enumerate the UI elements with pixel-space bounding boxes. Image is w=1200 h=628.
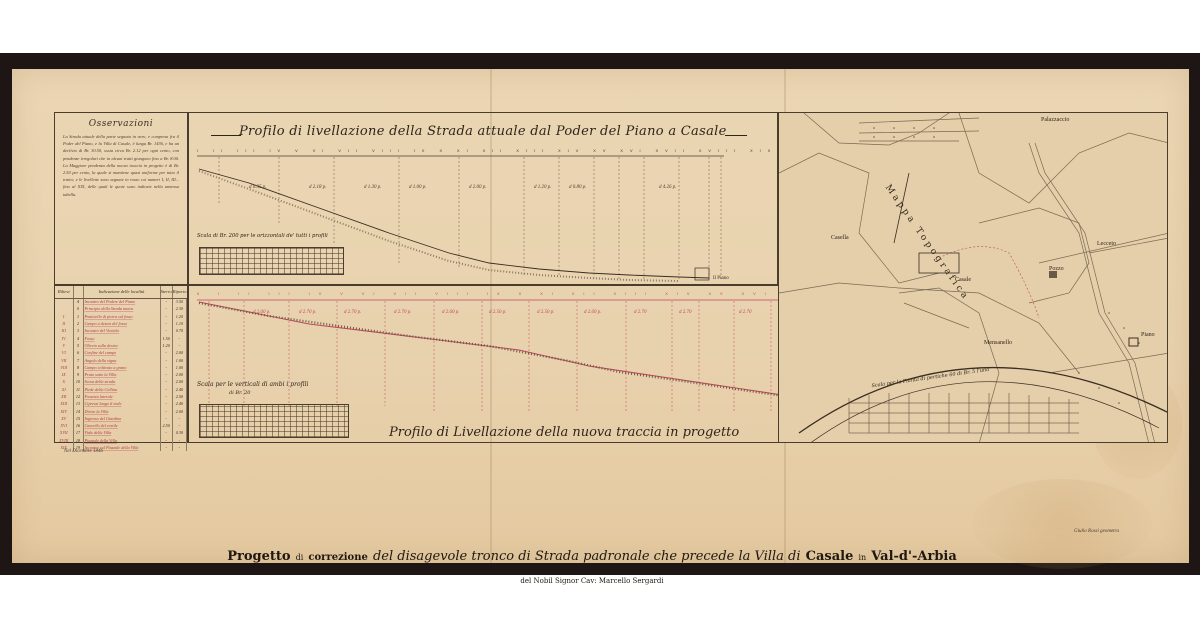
table-cell: Fosso [83,334,160,341]
table-row: III3Incontro del Viottolo-0.70 [55,327,187,334]
svg-text:d 2.70 p.: d 2.70 p. [344,310,362,315]
table-cell: 2.00 [172,349,186,356]
place-label: Piano [1141,332,1155,338]
place-label: Pozzo [1049,266,1064,272]
table-cell: 17 [73,429,83,436]
table-cell: Principio della Strada nuova [83,305,160,312]
table-row: 0Principio della Strada nuova-2.30 [55,305,187,312]
table-cell: - [160,437,172,444]
svg-text:d 2.60 p.: d 2.60 p. [253,310,271,315]
svg-text:d 2.18 p.: d 2.18 p. [309,185,327,190]
table-cell: VIII [55,364,73,371]
table-cell: Angolo della vigna [83,356,160,363]
table-cell: 7 [73,356,83,363]
svg-text:d 2.50 p.: d 2.50 p. [489,310,507,315]
vertical-scale-label: Scala per le verticali di ambi i profili [197,381,308,388]
svg-text:d 2.70: d 2.70 [739,310,752,315]
table-cell: Dietro la Villa [83,407,160,414]
table-row: IX9Prato sotto la Villa-2.00 [55,371,187,378]
col-header: Rilievi [55,286,73,298]
table-row: V5Oliveto sulla destra1.20- [55,342,187,349]
svg-text:d 4.26 p.: d 4.26 p. [659,185,677,190]
table-row: XII12Fossetta laterale-2.50 [55,393,187,400]
table-row: II2Campo a destra del fosso-1.10 [55,320,187,327]
table-cell: 9 [73,371,83,378]
table-cell: - [160,356,172,363]
table-cell: 11 [73,386,83,393]
table-cell: 1.00 [172,356,186,363]
table-cell: - [160,386,172,393]
age-stain [972,479,1152,569]
svg-text:d 2.70 p.: d 2.70 p. [394,310,412,315]
place-label: Casella [831,235,849,241]
table-row: VI6Confine del campo-2.00 [55,349,187,356]
horizontal-scale-label: Scala di Br. 200 per le orizzontali de' … [197,233,328,239]
table-cell: - [172,334,186,341]
svg-text:d 2.70: d 2.70 [634,310,647,315]
table-cell: - [172,422,186,429]
observations-panel: Osservazioni La Strada attuale della par… [54,112,188,285]
table-cell: 1.20 [160,342,172,349]
table-cell: 8 [73,364,83,371]
table-cell: 16 [73,422,83,429]
table-row: IV4Fosso1.50- [55,334,187,341]
table-cell: 0 [73,305,83,312]
new-profile-title: Profilo di Livellazione della nuova trac… [389,425,739,440]
table-cell: A [73,298,83,305]
table-cell: Incontro del Podere del Piano [83,298,160,305]
table-cell: 18 [73,437,83,444]
table-cell: 15 [73,415,83,422]
document-main-title: Progetto di correzione del disagevole tr… [197,545,987,564]
svg-text:d 2.00 p.: d 2.00 p. [469,185,487,190]
table-cell: - [160,298,172,305]
table-cell: - [172,342,186,349]
svg-text:d 2.60 p.: d 2.60 p. [442,310,460,315]
table-row: AIncontro del Podere del Piano-3.50 [55,298,187,305]
table-cell: 2.30 [172,305,186,312]
table-cell: 10 [73,378,83,385]
table-row: XIII13Cipressi lungo il viale-2.40 [55,400,187,407]
table-cell: 2.00 [172,371,186,378]
table-cell: X [55,378,73,385]
svg-text:d 2.70 p.: d 2.70 p. [299,310,317,315]
table-cell: 14 [73,407,83,414]
table-cell: - [160,313,172,320]
table-cell: Incontro del Viottolo [83,327,160,334]
table-cell: 3.50 [172,298,186,305]
table-cell: 1.10 [172,320,186,327]
table-cell: Viale della Villa [83,429,160,436]
table-cell: Oliveto sulla destra [83,342,160,349]
table-cell: Piede della Collina [83,386,160,393]
table-cell: 12 [73,393,83,400]
levels-table-panel: Rilievi Indicazione delle località Sterr… [54,285,188,443]
table-cell: Scesa della strada [83,378,160,385]
svg-text:d 2.50 p.: d 2.50 p. [537,310,555,315]
table-cell: - [172,437,186,444]
svg-text:Il Piano: Il Piano [713,276,729,281]
place-label: Lecceto [1097,241,1116,247]
table-cell: Piazzale della Villa [83,437,160,444]
col-header: Indicazione delle località [83,286,160,298]
svg-text:d 0.35 p.: d 0.35 p. [249,185,267,190]
table-cell: II [55,320,73,327]
table-row: XVIII18Piazzale della Villa-- [55,437,187,444]
svg-text:d 0.80 p.: d 0.80 p. [569,185,587,190]
observations-title: Osservazioni [63,119,179,129]
table-row: VII7Angolo della vigna-1.00 [55,356,187,363]
table-cell: Fossetta laterale [83,393,160,400]
table-cell [55,298,73,305]
table-cell: 2.40 [172,400,186,407]
document-subtitle: del Nobil Signor Cav: Marcello Sergardi [197,577,987,585]
table-cell: 0.70 [172,327,186,334]
surveyor-signature: Giulio Rossi geometra [1074,529,1119,534]
table-cell: XIV [55,407,73,414]
svg-text:d 1.30 p.: d 1.30 p. [364,185,382,190]
col-header: Riporto [172,286,186,298]
table-cell: - [160,305,172,312]
svg-text:d 1.00 p.: d 1.00 p. [409,185,427,190]
table-row: XVII17Viale della Villa-0.30 [55,429,187,436]
table-cell: - [160,349,172,356]
table-cell: IV [55,334,73,341]
current-profile-ticks: I II III IV V VI VII VIII IX X XI XII XI… [197,149,777,153]
levels-table: Rilievi Indicazione delle località Sterr… [55,286,187,451]
table-cell [55,305,73,312]
table-cell: - [172,415,186,422]
table-cell: - [160,393,172,400]
table-cell: 3 [73,327,83,334]
horizontal-scale-bar [199,247,344,275]
table-row: XV15Ingresso del Giardino-- [55,415,187,422]
table-cell: VI [55,349,73,356]
table-cell: XI [55,386,73,393]
date-note: Nel Dicembre 1846 [64,449,103,454]
table-cell: Confine del campo [83,349,160,356]
current-road-profile-panel: Profilo di livellazione della Strada att… [188,112,778,285]
table-cell: 2.50 [172,393,186,400]
table-cell: XVII [55,429,73,436]
observations-text: La Strada attuale della parte segnata in… [63,133,179,198]
table-cell: 1 [73,313,83,320]
table-cell: - [160,444,172,451]
table-cell: 1.50 [160,334,172,341]
table-cell: - [160,371,172,378]
table-cell: Prato sotto la Villa [83,371,160,378]
table-row: XVI16Cancello del cortile2.50- [55,422,187,429]
vertical-scale-bar [199,404,349,438]
topographic-map-panel: Mappa Topografica Palazzaccio Casella Ca… [778,112,1168,443]
table-cell: - [160,327,172,334]
table-cell: XVI [55,422,73,429]
table-cell: 0.30 [172,429,186,436]
table-cell: - [160,378,172,385]
table-cell: - [160,415,172,422]
table-cell: 1.00 [172,364,186,371]
table-cell: 2 [73,320,83,327]
table-row: VIII8Campo coltivato a grano-1.00 [55,364,187,371]
svg-text:d 1.20 p.: d 1.20 p. [534,185,552,190]
table-cell: V [55,342,73,349]
table-cell: III [55,327,73,334]
table-cell: VII [55,356,73,363]
table-cell: XV [55,415,73,422]
col-header [73,286,83,298]
table-cell: 5 [73,342,83,349]
table-cell: Cipressi lungo il viale [83,400,160,407]
svg-text:d 2.60 p.: d 2.60 p. [584,310,602,315]
table-cell: - [160,400,172,407]
table-cell: Ponticello di pietra sul fosso [83,313,160,320]
table-cell: - [160,429,172,436]
table-cell: 2.50 [160,422,172,429]
table-cell: Cancello del cortile [83,422,160,429]
table-cell: Campo a destra del fosso [83,320,160,327]
svg-text:d 2.70: d 2.70 [679,310,692,315]
table-cell: I [55,313,73,320]
place-label: Mensanello [984,340,1012,346]
table-cell: 2.00 [172,407,186,414]
table-cell: 6 [73,349,83,356]
table-cell: XIII [55,400,73,407]
place-label: Casale [955,277,971,283]
table-cell: - [160,320,172,327]
table-cell: Ingresso del Giardino [83,415,160,422]
table-cell: 2.00 [172,378,186,385]
historic-plan-sheet: Osservazioni La Strada attuale della par… [12,69,1189,563]
table-cell: XVIII [55,437,73,444]
table-cell: Campo coltivato a grano [83,364,160,371]
table-cell: 1.20 [172,313,186,320]
table-cell: IX [55,371,73,378]
table-row: XIV14Dietro la Villa-2.00 [55,407,187,414]
table-cell: 4 [73,334,83,341]
place-label: Palazzaccio [1041,117,1069,123]
table-row: I1Ponticello di pietra sul fosso-1.20 [55,313,187,320]
table-row: X10Scesa della strada-2.00 [55,378,187,385]
table-cell: XII [55,393,73,400]
table-cell: - [160,364,172,371]
col-header: Sterro [160,286,172,298]
topographic-map-drawing [779,113,1168,443]
vertical-scale-sublabel: di Br. 20 [229,390,250,396]
table-cell: 13 [73,400,83,407]
table-cell: 2.40 [172,386,186,393]
table-row: XI11Piede della Collina-2.40 [55,386,187,393]
table-cell: - [172,444,186,451]
table-cell: - [160,407,172,414]
